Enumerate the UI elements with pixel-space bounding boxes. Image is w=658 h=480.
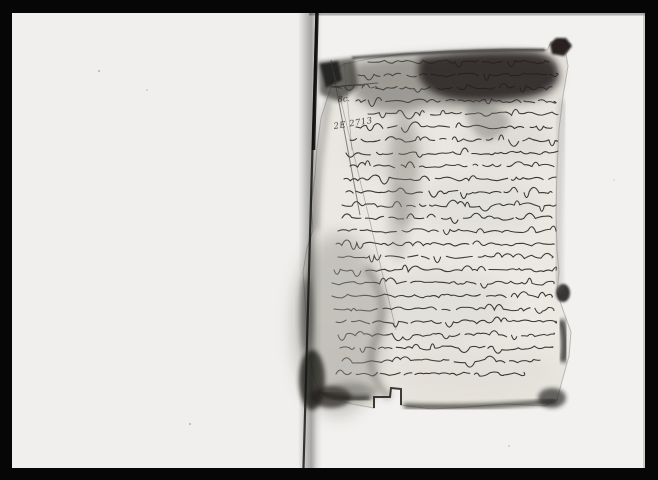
stain-corner-tab: [550, 38, 572, 56]
manuscript-overlay: 8c. 2E 2713: [0, 0, 658, 480]
gutter-shadow: [298, 13, 322, 468]
page-right-edge-shadow: [643, 13, 645, 468]
scan-edge-noise: [309, 13, 645, 16]
archival-scan: 8c. 2E 2713: [0, 0, 658, 480]
